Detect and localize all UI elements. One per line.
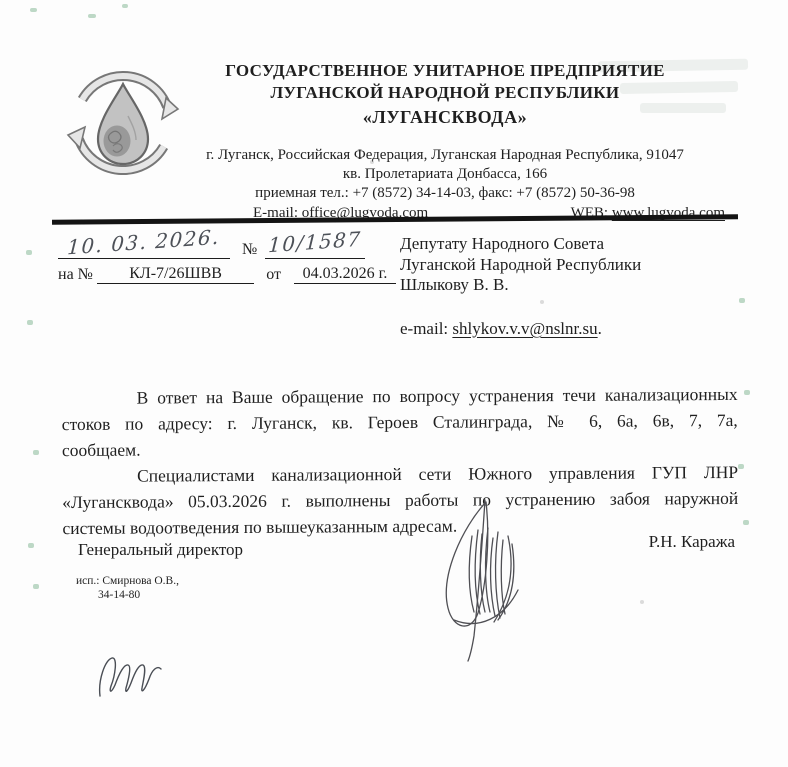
reference-block: 10. 03. 2026. № 10/1587 на № КЛ-7/26ШВВ … [58,232,396,284]
addressee-line3: Шлыкову В. В. [400,275,735,296]
addressee-email-value: shlykov.v.v@nslnr.su [452,319,597,338]
org-address-line1: г. Луганск, Российская Федерация, Луганс… [165,146,725,165]
letter-body: В ответ на Ваше обращение по вопросу уст… [62,381,739,541]
addressee-email-suffix: . [598,319,602,338]
addressee-block: Депутату Народного Совета Луганской Наро… [400,234,735,339]
scan-speck [744,390,750,395]
body-p1-line2: стоков по адресу: г. Луганск, кв. Героев… [62,407,738,437]
executor-block: исп.: Смирнова О.В., 34-14-80 [76,574,179,602]
scan-speck [743,520,749,525]
scan-speck [28,543,34,548]
outgoing-date-field: 10. 03. 2026. [58,232,230,259]
incoming-reference-row: на № КЛ-7/26ШВВ от 04.03.2026 г. [58,265,396,284]
addressee-email-label: e-mail: [400,319,452,338]
scan-speck [30,8,37,12]
org-title-line2: ЛУГАНСКОЙ НАРОДНОЙ РЕСПУБЛИКИ [165,82,725,104]
executor-phone: 34-14-80 [76,588,179,602]
scanned-letter-page: ГОСУДАРСТВЕННОЕ УНИТАРНОЕ ПРЕДПРИЯТИЕ ЛУ… [0,0,788,767]
outgoing-number-field: 10/1587 [265,232,365,259]
executor-name: исп.: Смирнова О.В., [76,574,179,588]
scan-speck [738,464,744,469]
scan-speck [27,320,33,325]
org-name: «ЛУГАНСКВОДА» [165,105,725,129]
executor-pen-paraph-icon [90,648,185,710]
scan-speck [33,450,39,455]
org-title-line1: ГОСУДАРСТВЕННОЕ УНИТАРНОЕ ПРЕДПРИЯТИЕ [165,60,725,82]
addressee-line2: Луганской Народной Республики [400,255,735,276]
scan-speck [26,250,32,255]
outgoing-date-handwritten: 10. 03. 2026. [67,225,221,260]
scan-speck [739,298,745,303]
scan-speck [122,4,128,8]
body-p2-line1: Специалистами канализационной сети Южног… [62,459,738,489]
org-phone-line: приемная тел.: +7 (8572) 34-14-03, факс:… [165,184,725,203]
body-p1-line1: В ответ на Ваше обращение по вопросу уст… [62,381,738,411]
from-label: от [266,266,281,284]
scan-speck [88,14,96,18]
signer-name: Р.Н. Каража [649,532,735,552]
director-pen-signature-icon [424,494,542,662]
incoming-number-field: КЛ-7/26ШВВ [97,265,254,284]
addressee-email: e-mail: shlykov.v.v@nslnr.su. [400,319,735,340]
incoming-date-field: 04.03.2026 г. [294,265,396,284]
scan-speck [640,600,644,604]
in-reply-label: на № [58,266,93,284]
outgoing-number-handwritten: 10/1587 [268,227,363,258]
addressee-line1: Депутату Народного Совета [400,234,735,255]
body-p2-line3: системы водоотведения по вышеуказанным а… [62,511,738,541]
number-sign: № [242,241,257,259]
body-p2-line2: «Лугансквода» 05.03.2026 г. выполнены ра… [62,485,738,515]
scan-speck [33,584,39,589]
org-address-line2: кв. Пролетариата Донбасса, 166 [165,165,725,184]
outgoing-reference-row: 10. 03. 2026. № 10/1587 [58,232,396,259]
letterhead: ГОСУДАРСТВЕННОЕ УНИТАРНОЕ ПРЕДПРИЯТИЕ ЛУ… [165,60,725,223]
body-p1-line3: сообщаем. [62,433,738,463]
signer-position: Генеральный директор [78,540,243,560]
